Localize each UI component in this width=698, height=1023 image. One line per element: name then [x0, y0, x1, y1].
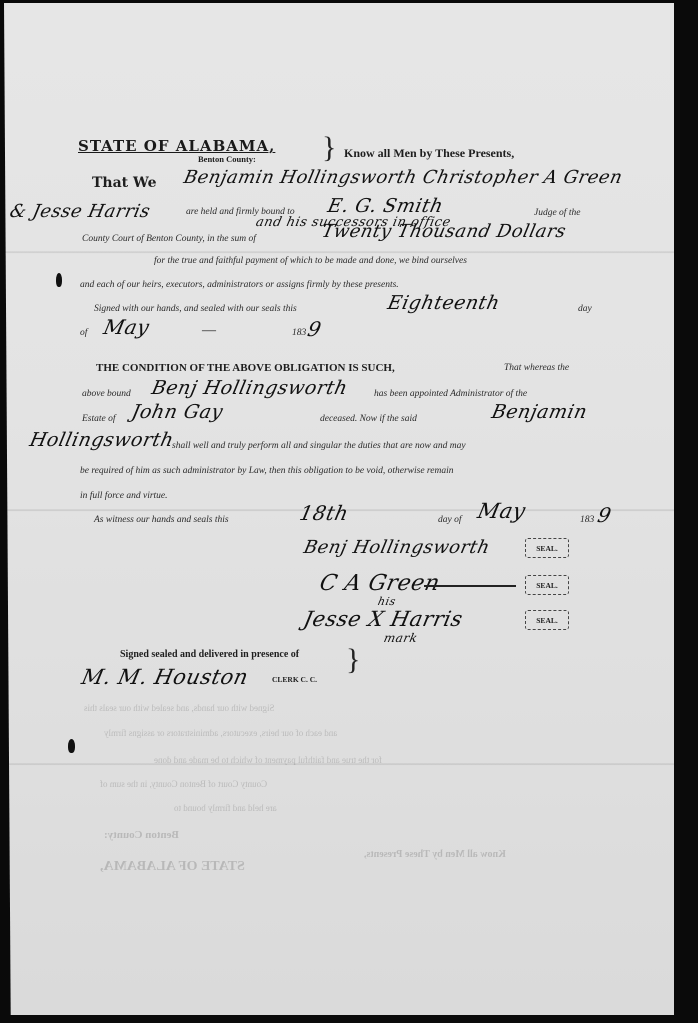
signed-month-handwritten: May — [101, 315, 151, 339]
of-label: of — [80, 328, 87, 338]
bleedthrough-text: Signed with our hands, and sealed with o… — [84, 703, 274, 713]
document-page: STATE OF ALABAMA, Benton County: } Know … — [4, 3, 674, 1015]
seal-box-2: SEAL. — [525, 575, 569, 595]
paper-fold — [4, 251, 674, 254]
header-brace: } — [322, 131, 336, 165]
witness-text: As witness our hands and seals this — [94, 515, 229, 525]
clerk-title: CLERK C. C. — [272, 675, 317, 684]
duties-text-3: in full force and virtue. — [80, 491, 168, 501]
obligors-handwritten-2: & Jesse Harris — [8, 201, 153, 222]
that-we-label: That We — [92, 175, 157, 191]
court-text: County Court of Benton County, in the su… — [82, 234, 256, 244]
year-digit-handwritten: 9 — [305, 317, 323, 341]
deceased-handwritten: John Gay — [130, 401, 225, 423]
dash: — — [202, 323, 216, 339]
bleedthrough-text: and each of our heirs, executors, admini… — [104, 728, 337, 738]
bleedthrough-text: County Court of Benton County, in the su… — [100, 779, 267, 789]
attestation-brace: } — [346, 643, 360, 677]
seal-label: SEAL. — [536, 544, 557, 553]
signature-3: Jesse X Harris — [301, 607, 465, 631]
bleedthrough-text: for the true and faithful payment of whi… — [154, 755, 382, 765]
seal-box-1: SEAL. — [525, 538, 569, 558]
state-heading: STATE OF ALABAMA, — [78, 137, 275, 155]
signed-day-handwritten: Eighteenth — [386, 292, 502, 314]
duties-text-2: be required of him as such administrator… — [80, 466, 453, 476]
bleedthrough-text: Benton County: — [104, 829, 179, 841]
said-name-handwritten-1: Benjamin — [490, 401, 590, 423]
deceased-text: deceased. Now if the said — [320, 414, 417, 424]
above-bound-text: above bound — [82, 389, 131, 399]
year-prefix: 183 — [292, 328, 306, 338]
signature-3-his: his — [377, 595, 398, 608]
signature-2-flourish — [424, 585, 516, 587]
witness-year-digit-handwritten: 9 — [595, 503, 613, 527]
sum-handwritten: Twenty Thousand Dollars — [320, 221, 568, 242]
payment-text: for the true and faithful payment of whi… — [154, 256, 467, 266]
seal-label: SEAL. — [536, 581, 557, 590]
county-label: Benton County: — [198, 154, 256, 164]
day-of-text: day of — [438, 515, 461, 525]
judge-of-text: Judge of the — [534, 208, 580, 218]
witness-year-prefix: 183 — [580, 515, 594, 525]
signature-2: C A Green — [317, 571, 442, 596]
estate-of-text: Estate of — [82, 414, 116, 424]
obligors-handwritten-1: Benjamin Hollingsworth Christopher A Gre… — [182, 167, 625, 188]
condition-heading: THE CONDITION OF THE ABOVE OBLIGATION IS… — [96, 362, 395, 374]
bleedthrough-text: Know all Men by These Presents, — [364, 849, 506, 860]
witness-month-handwritten: May — [475, 499, 527, 523]
bleedthrough-text: STATE OF ALABAMA, — [100, 859, 245, 875]
attestation-text: Signed sealed and delivered in presence … — [120, 649, 299, 660]
said-name-handwritten-2: Hollingsworth — [28, 429, 176, 451]
header-title: Know all Men by These Presents, — [344, 146, 514, 161]
duties-text-1: shall well and truly perform all and sin… — [172, 441, 466, 451]
attestation-witness-handwritten: M. M. Houston — [79, 665, 250, 689]
ink-blot — [56, 273, 62, 287]
seal-label: SEAL. — [536, 616, 557, 625]
obligee-handwritten: E. G. Smith — [326, 195, 446, 217]
signature-3-mark: mark — [383, 631, 420, 645]
signed-text: Signed with our hands, and sealed with o… — [94, 304, 297, 314]
that-whereas-text: That whereas the — [504, 363, 569, 373]
appointed-text: has been appointed Administrator of the — [374, 389, 527, 399]
heirs-text: and each of our heirs, executors, admini… — [80, 280, 399, 290]
administrator-handwritten: Benj Hollingsworth — [150, 377, 350, 399]
witness-day-handwritten: 18th — [297, 501, 350, 525]
ink-blot — [68, 739, 75, 753]
bleedthrough-text: are held and firmly bound to — [174, 803, 277, 813]
signature-1: Benj Hollingsworth — [302, 537, 492, 558]
seal-box-3: SEAL. — [525, 610, 569, 630]
day-label: day — [578, 304, 592, 314]
